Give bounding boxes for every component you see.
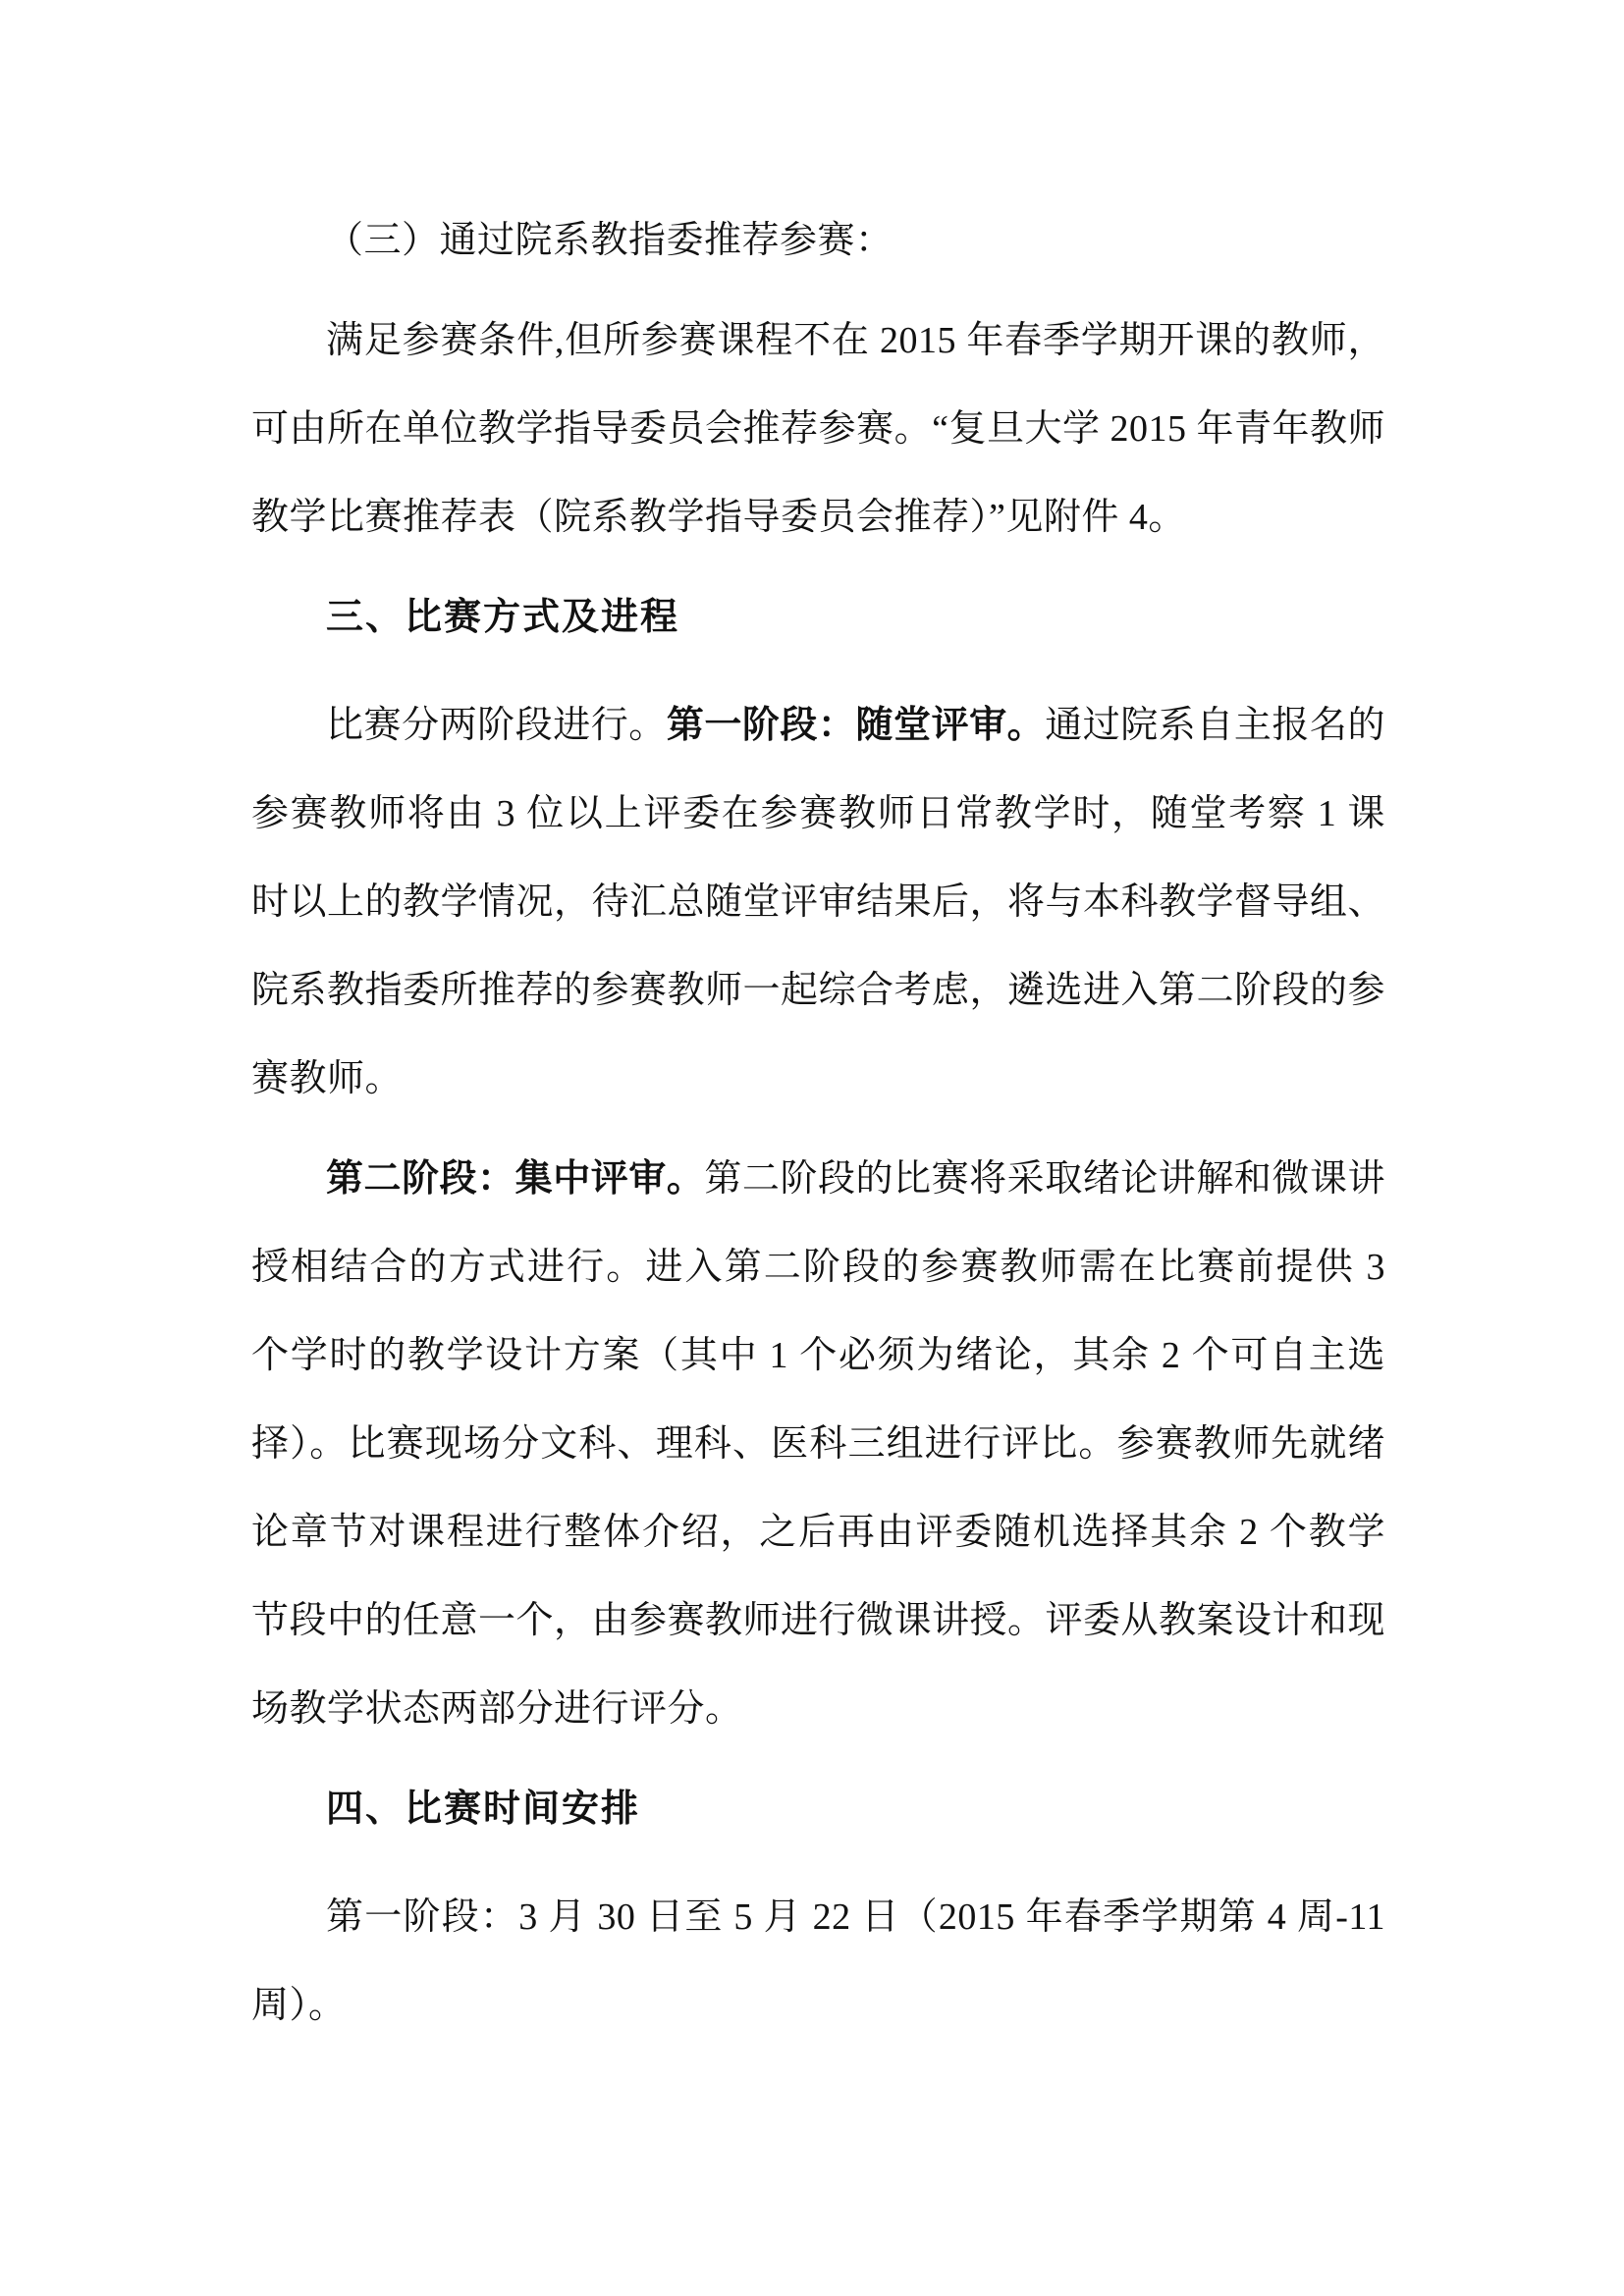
bold-text-run: 第二阶段：集中评审。 <box>326 1158 704 1200</box>
section-heading: 三、比赛方式及进程 <box>251 573 1385 662</box>
bold-text-run: 三、比赛方式及进程 <box>326 597 679 638</box>
bold-text-run: 四、比赛时间安排 <box>326 1789 640 1830</box>
document-content: （三）通过院系教指委推荐参赛：满足参赛条件,但所参赛课程不在 2015 年春季学… <box>251 196 1385 2061</box>
bold-text-run: 第一阶段：随堂评审。 <box>667 705 1045 746</box>
paragraph: 比赛分两阶段进行。第一阶段：随堂评审。通过院系自主报名的参赛教师将由 3 位以上… <box>251 681 1385 1123</box>
section-heading: 四、比赛时间安排 <box>251 1765 1385 1853</box>
text-run: （三）通过院系教指委推荐参赛： <box>326 220 893 261</box>
text-run: 满足参赛条件,但所参赛课程不在 2015 年春季学期开课的教师，可由所在单位教学… <box>251 320 1385 538</box>
paragraph: 第二阶段：集中评审。第二阶段的比赛将采取绪论讲解和微课讲授相结合的方式进行。进入… <box>251 1135 1385 1753</box>
text-run: 通过院系自主报名的参赛教师将由 3 位以上评委在参赛教师日常教学时，随堂考察 1… <box>251 705 1385 1099</box>
text-run: 第一阶段：3 月 30 日至 5 月 22 日（2015 年春季学期第 4 周-… <box>251 1896 1385 2026</box>
text-run: 第二阶段的比赛将采取绪论讲解和微课讲授相结合的方式进行。进入第二阶段的参赛教师需… <box>251 1158 1385 1730</box>
paragraph: 满足参赛条件,但所参赛课程不在 2015 年春季学期开课的教师，可由所在单位教学… <box>251 296 1385 561</box>
text-run: 比赛分两阶段进行。 <box>326 705 667 746</box>
paragraph: 第一阶段：3 月 30 日至 5 月 22 日（2015 年春季学期第 4 周-… <box>251 1873 1385 2050</box>
document-page: （三）通过院系教指委推荐参赛：满足参赛条件,但所参赛课程不在 2015 年春季学… <box>0 0 1624 2296</box>
paragraph: （三）通过院系教指委推荐参赛： <box>251 196 1385 285</box>
